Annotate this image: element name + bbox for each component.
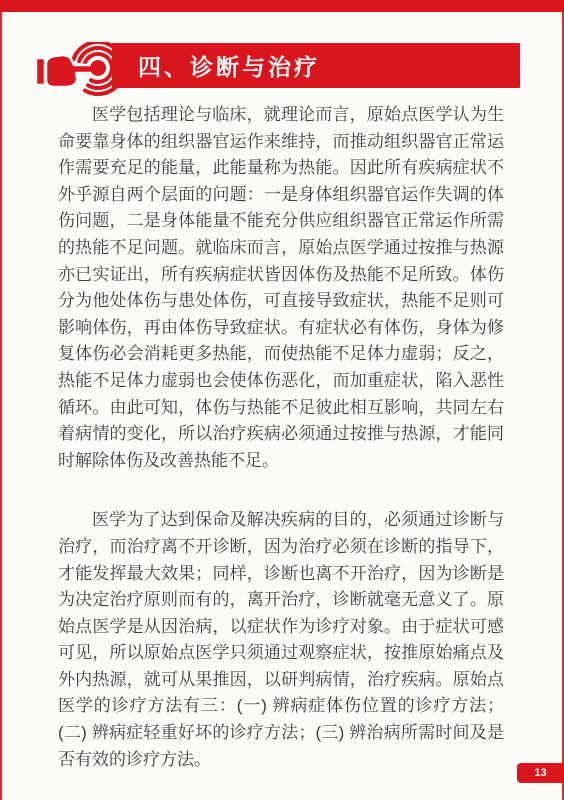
press-point-target-icon	[34, 42, 128, 102]
book-page: 四、诊断与治疗 医学包括理论与临床，就理论而言，原始点医学认为生命要靠身体的组织…	[0, 0, 564, 800]
left-red-edge	[0, 0, 2, 800]
paragraph-2: 医学为了达到保命及解决疾病的目的，必须通过诊断与治疗，而治疗离不开诊断，因为治疗…	[58, 507, 504, 773]
section-title-banner: 四、诊断与治疗	[112, 43, 520, 88]
page-number-badge: 13	[517, 763, 564, 783]
page-number: 13	[534, 767, 546, 779]
top-red-bar	[0, 0, 564, 12]
body-text: 医学包括理论与临床，就理论而言，原始点医学认为生命要靠身体的组织器官运作来维持，…	[58, 102, 504, 773]
paragraph-1: 医学包括理论与临床，就理论而言，原始点医学认为生命要靠身体的组织器官运作来维持，…	[58, 102, 504, 474]
section-title: 四、诊断与治疗	[138, 49, 320, 82]
